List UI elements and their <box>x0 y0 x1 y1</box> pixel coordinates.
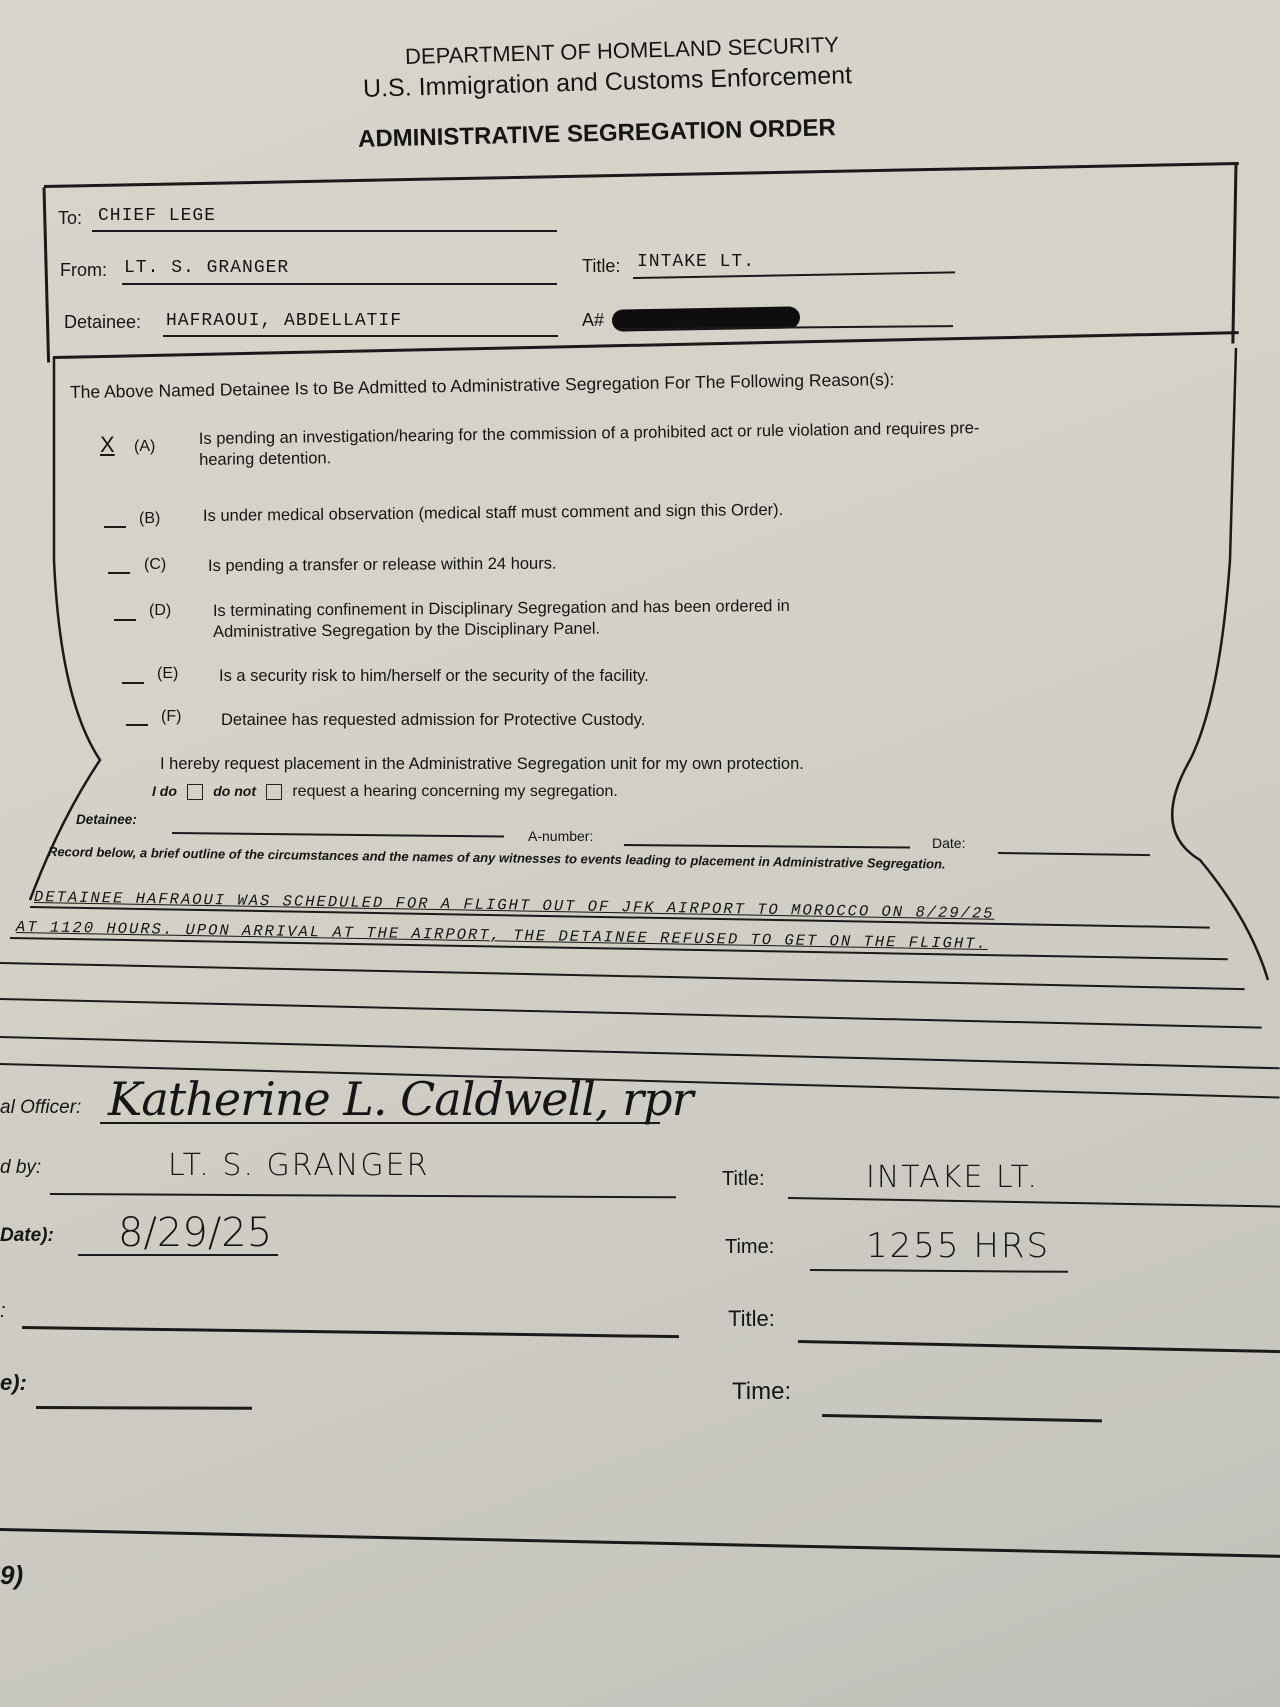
narrative-underline-4 <box>0 998 1262 1029</box>
time2-label: Time: <box>732 1378 791 1406</box>
date-value[interactable]: 8/29/25 <box>118 1210 272 1256</box>
time1-value[interactable]: 1255 HRS <box>866 1226 1050 1266</box>
time2-underline <box>822 1414 1102 1422</box>
date-label: Date): <box>0 1225 54 1247</box>
time1-underline <box>810 1269 1068 1273</box>
date2-underline <box>36 1406 252 1410</box>
by-label: d by: <box>0 1157 41 1179</box>
by-underline <box>50 1193 676 1198</box>
title1-label: Title: <box>722 1168 765 1191</box>
date-underline <box>78 1254 278 1256</box>
title2-label: Title: <box>728 1306 775 1332</box>
officer-signature[interactable]: Katherine L. Caldwell, rpr <box>108 1072 693 1126</box>
officer-underline <box>100 1122 660 1124</box>
anumber-sign-label: A-number: <box>528 828 593 844</box>
officer-label: al Officer: <box>0 1097 81 1119</box>
by-value[interactable]: LT. S. GRANGER <box>168 1148 429 1183</box>
date2-label: e): <box>0 1370 27 1396</box>
time1-label: Time: <box>725 1236 774 1259</box>
form-number-fragment: 9) <box>0 1560 23 1591</box>
blank-sign-label: : <box>0 1300 6 1323</box>
narrative-underline-5 <box>0 1036 1280 1069</box>
title1-value[interactable]: INTAKE LT. <box>866 1160 1039 1195</box>
date-sign-label: Date: <box>932 835 965 851</box>
title2-underline <box>798 1340 1280 1353</box>
bottom-border <box>0 1528 1280 1558</box>
blank-sign-underline <box>22 1326 679 1338</box>
detainee-sign-label: Detainee: <box>76 812 137 827</box>
title1-underline <box>788 1197 1280 1208</box>
